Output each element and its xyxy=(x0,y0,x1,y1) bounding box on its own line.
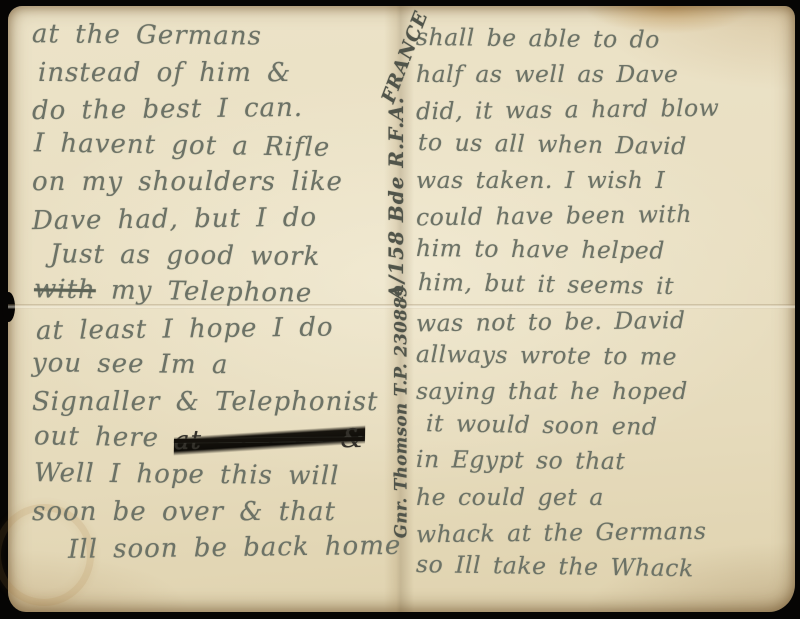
handwriting-text: soon be over & that xyxy=(32,497,336,527)
handwriting-line: was not to be. David xyxy=(416,301,800,341)
handwriting-text: out here xyxy=(34,421,175,453)
handwriting-line: him to have helped xyxy=(416,231,800,270)
handwriting-text: so Ill take the Whack xyxy=(416,550,694,582)
handwriting-line: Just as good work xyxy=(50,236,384,276)
struck-through-word: with xyxy=(34,274,96,305)
letter-paper: at the Germansinstead of him &do the bes… xyxy=(8,6,795,612)
handwriting-text: did, it was a hard blow xyxy=(416,94,720,126)
handwriting-line: on my shoulders like xyxy=(32,164,384,201)
handwriting-line: so Ill take the Whack xyxy=(416,547,800,588)
handwriting-text: him, but it seems it xyxy=(418,268,674,300)
handwriting-text: allways wrote to me xyxy=(416,340,677,371)
handwriting-line: out here at ———— & xyxy=(34,418,387,460)
handwriting-text: shall be able to do xyxy=(416,23,660,54)
handwriting-line: soon be over & that xyxy=(32,494,384,531)
handwriting-line: to us all when David xyxy=(418,125,800,166)
handwriting-text: to us all when David xyxy=(418,128,687,160)
scribbled-out-text: at ———— & xyxy=(174,421,365,460)
handwriting-text: you see Im a xyxy=(32,349,229,381)
right-page: shall be able to dohalf as well as Daved… xyxy=(416,22,800,585)
handwriting-line: Signaller & Telephonist xyxy=(32,384,384,421)
scanned-letter: at the Germansinstead of him &do the bes… xyxy=(0,0,800,619)
handwriting-text: at least I hope I do xyxy=(36,312,334,346)
handwriting-text: could have been with xyxy=(416,200,692,231)
handwriting-line: half as well as Dave xyxy=(416,57,800,92)
handwriting-line: saying that he hoped xyxy=(416,374,800,409)
handwriting-line: Ill soon be back home xyxy=(68,528,384,568)
handwriting-text: him to have helped xyxy=(416,234,665,265)
handwriting-text: instead of him & xyxy=(38,58,291,88)
handwriting-line: allways wrote to me xyxy=(416,337,800,376)
handwriting-text: it would soon end xyxy=(426,409,658,441)
handwriting-line: did, it was a hard blow xyxy=(416,90,800,130)
handwriting-line: you see Im a xyxy=(32,346,384,386)
handwriting-line: him, but it seems it xyxy=(418,265,800,306)
handwriting-text: was not to be. David xyxy=(416,306,686,337)
handwriting-text: Ill soon be back home xyxy=(68,531,402,565)
handwriting-line: was taken. I wish I xyxy=(416,163,800,198)
handwriting-line: with my Telephone xyxy=(34,271,387,313)
handwriting-text: Dave had, but I do xyxy=(32,203,317,236)
handwriting-line: I havent got a Rifle xyxy=(34,125,387,167)
handwriting-line: Well I hope this will xyxy=(34,455,384,495)
handwriting-line: instead of him & xyxy=(38,55,384,92)
handwriting-line: do the best I can. xyxy=(32,89,384,130)
handwriting-text: in Egypt so that xyxy=(416,445,626,475)
handwriting-text: do the best I can. xyxy=(32,93,303,126)
handwriting-text: half as well as Dave xyxy=(416,60,678,88)
handwriting-text: Just as good work xyxy=(50,239,321,272)
handwriting-line: it would soon end xyxy=(426,406,800,447)
handwriting-line: shall be able to do xyxy=(416,20,800,59)
handwriting-text: on my shoulders like xyxy=(32,167,343,197)
handwriting-text: saying that he hoped xyxy=(416,377,688,405)
handwriting-line: whack at the Germans xyxy=(416,512,800,552)
handwriting-text: I havent got a Rifle xyxy=(34,128,331,163)
handwriting-text: Signaller & Telephonist xyxy=(32,387,378,417)
handwriting-text: whack at the Germans xyxy=(416,517,707,549)
handwriting-text: my Telephone xyxy=(96,275,313,308)
left-page: at the Germansinstead of him &do the bes… xyxy=(32,18,384,567)
handwriting-line: Dave had, but I do xyxy=(32,199,384,240)
handwriting-line: could have been with xyxy=(416,196,800,236)
handwriting-text: Well I hope this will xyxy=(34,458,340,491)
handwriting-line: at the Germans xyxy=(32,16,384,56)
handwriting-text: was taken. I wish I xyxy=(416,166,665,194)
handwriting-line: in Egypt so that xyxy=(416,442,800,481)
handwriting-text: at the Germans xyxy=(32,19,262,51)
handwriting-line: at least I hope I do xyxy=(36,309,384,350)
handwriting-text: he could get a xyxy=(416,483,604,511)
handwriting-line: he could get a xyxy=(416,480,800,515)
sender-signature-annotation: Gnr. Thomson T.P. 230889 xyxy=(392,259,411,565)
